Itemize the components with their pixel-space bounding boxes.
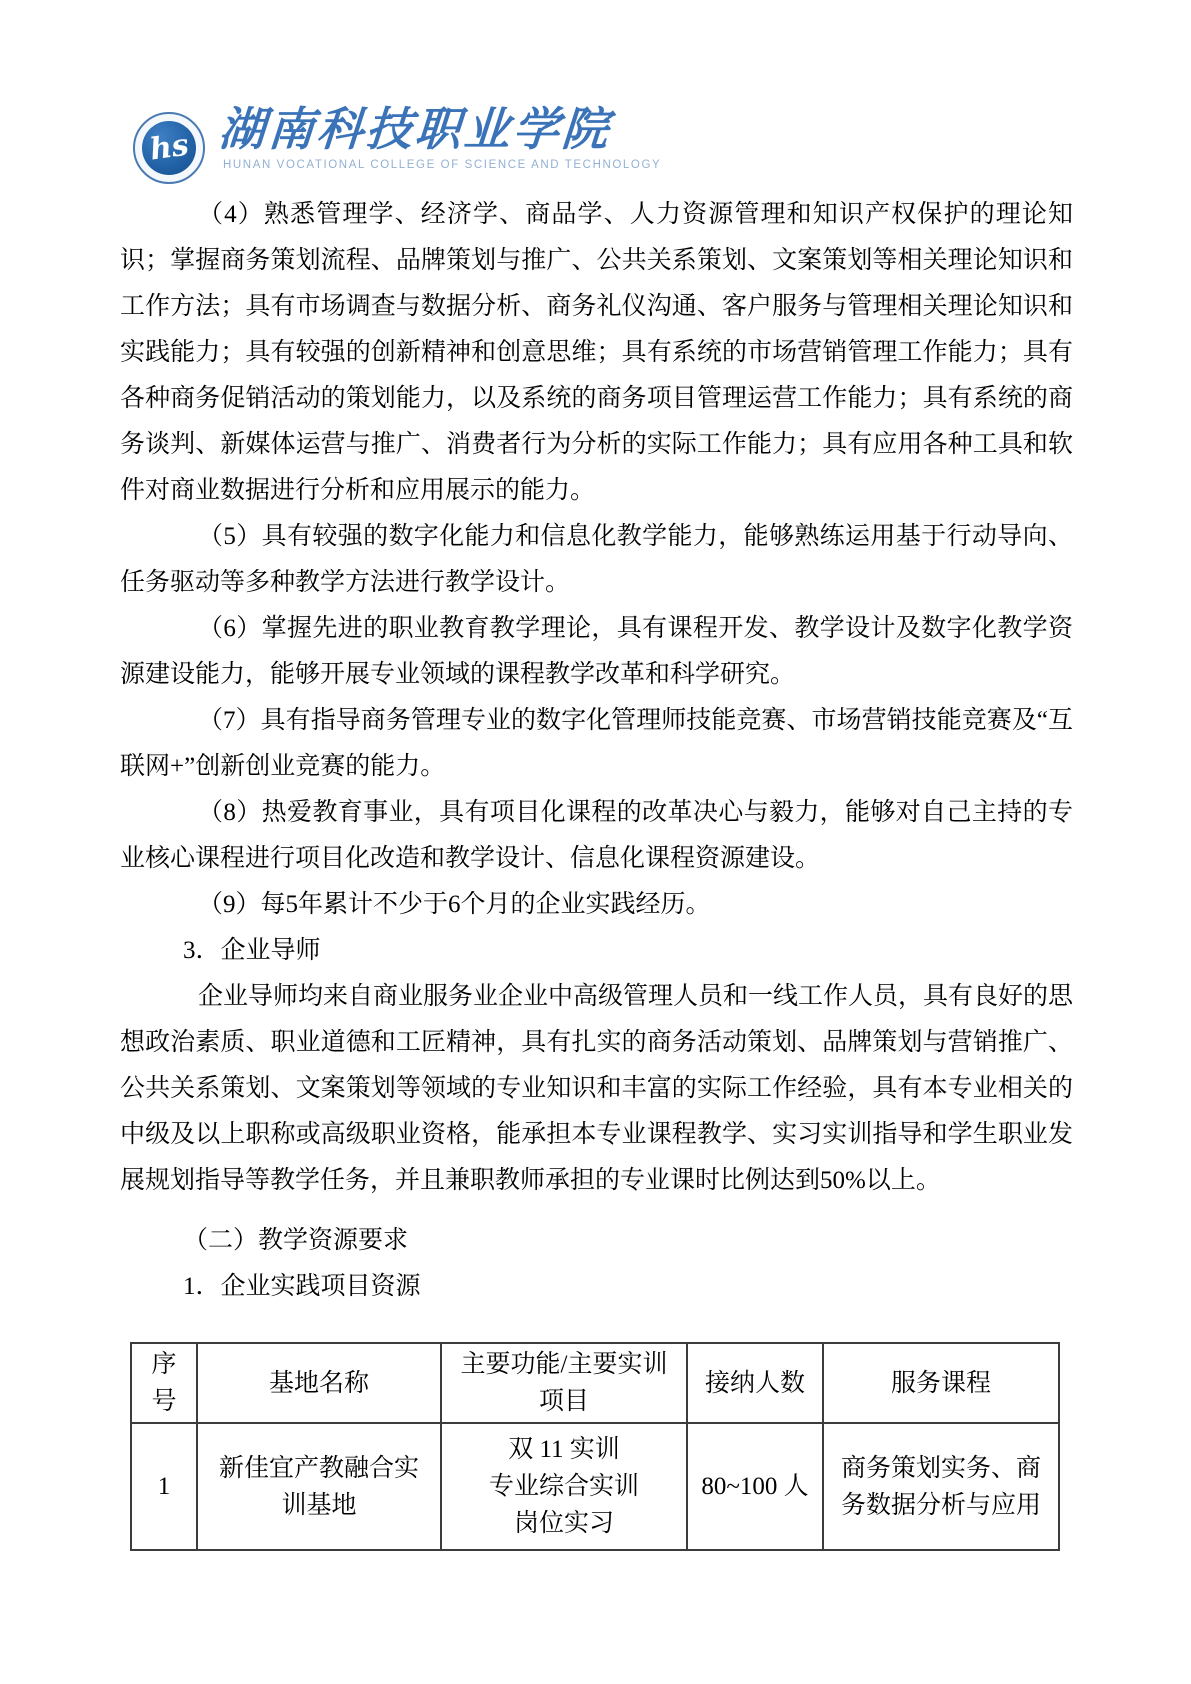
college-name-en: HUNAN VOCATIONAL COLLEGE OF SCIENCE AND …	[223, 159, 661, 171]
cell-seq: 1	[131, 1423, 197, 1550]
cell-functions: 双 11 实训 专业综合实训 岗位实习	[441, 1423, 687, 1550]
paragraph-item-7: （7）具有指导商务管理专业的数字化管理师技能竞赛、市场营销技能竞赛及“互联网+”…	[120, 698, 1073, 790]
paragraph-item-6: （6）掌握先进的职业教育教学理论，具有课程开发、教学设计及数字化教学资源建设能力…	[120, 606, 1073, 698]
header-capacity: 接纳人数	[687, 1343, 823, 1423]
cell-courses: 商务策划实务、商务数据分析与应用	[823, 1423, 1059, 1550]
paragraph-item-9: （9）每5年累计不少于6个月的企业实践经历。	[120, 882, 1073, 928]
emblem-monogram: hs	[148, 130, 191, 165]
header-functions: 主要功能/主要实训项目	[441, 1343, 687, 1423]
document-page: hs 湖南科技职业学院 HUNAN VOCATIONAL COLLEGE OF …	[0, 0, 1191, 1684]
table-header-row: 序号 基地名称 主要功能/主要实训项目 接纳人数 服务课程	[131, 1343, 1059, 1423]
emblem-inner-circle: hs	[142, 121, 196, 175]
heading-teaching-resources: （二）教学资源要求	[120, 1218, 1073, 1264]
college-emblem-icon: hs	[133, 112, 205, 184]
paragraph-item-5: （5）具有较强的数字化能力和信息化教学能力，能够熟练运用基于行动导向、任务驱动等…	[120, 514, 1073, 606]
college-name-zh: 湖南科技职业学院	[217, 100, 663, 158]
practice-base-table: 序号 基地名称 主要功能/主要实训项目 接纳人数 服务课程 1 新佳宜产教融合实…	[130, 1342, 1060, 1551]
table-row: 1 新佳宜产教融合实训基地 双 11 实训 专业综合实训 岗位实习 80~100…	[131, 1423, 1059, 1550]
heading-enterprise-mentor: 3．企业导师	[120, 928, 1073, 974]
cell-base-name: 新佳宜产教融合实训基地	[197, 1423, 441, 1550]
header-base-name: 基地名称	[197, 1343, 441, 1423]
header-courses: 服务课程	[823, 1343, 1059, 1423]
body-text: （4）熟悉管理学、经济学、商品学、人力资源管理和知识产权保护的理论知识；掌握商务…	[120, 192, 1073, 1551]
header-seq: 序号	[131, 1343, 197, 1423]
college-logo: hs 湖南科技职业学院 HUNAN VOCATIONAL COLLEGE OF …	[133, 100, 661, 184]
paragraph-mentor-detail: 企业导师均来自商业服务业企业中高级管理人员和一线工作人员，具有良好的思想政治素质…	[120, 974, 1073, 1204]
college-name-block: 湖南科技职业学院 HUNAN VOCATIONAL COLLEGE OF SCI…	[219, 100, 661, 171]
cell-capacity: 80~100 人	[687, 1423, 823, 1550]
paragraph-item-4: （4）熟悉管理学、经济学、商品学、人力资源管理和知识产权保护的理论知识；掌握商务…	[120, 192, 1073, 514]
heading-practice-project-resources: 1．企业实践项目资源	[120, 1264, 1073, 1310]
paragraph-item-8: （8）热爱教育事业，具有项目化课程的改革决心与毅力，能够对自己主持的专业核心课程…	[120, 790, 1073, 882]
